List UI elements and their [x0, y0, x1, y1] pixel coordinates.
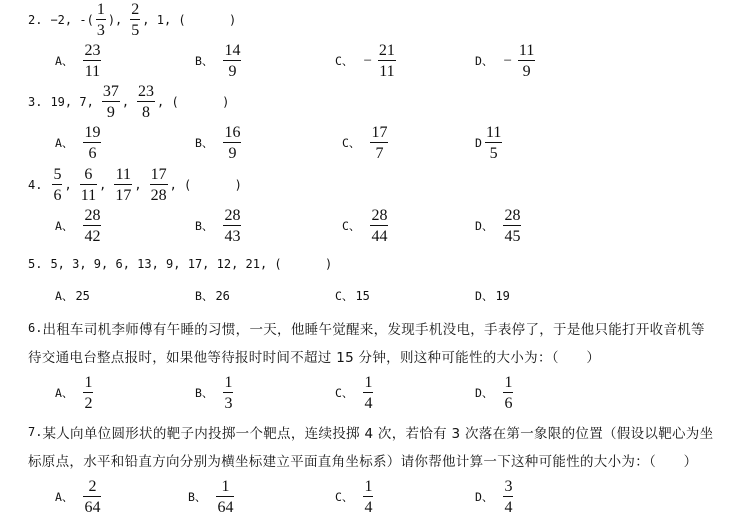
option-label: C、: [335, 489, 353, 505]
stem-text: ),: [108, 13, 122, 27]
option-b[interactable]: B、 2843: [195, 207, 243, 245]
fraction: 34: [503, 478, 513, 516]
option-a[interactable]: A、 12: [55, 373, 95, 413]
denominator: 3: [96, 22, 106, 39]
option-d[interactable]: D、 34: [475, 477, 515, 517]
question-6-line-2: 待交通电台整点报时，如果他等待报时时间不超过 15 分钟，则这种可能性的大小为：…: [28, 346, 600, 366]
option-label: D、: [475, 218, 493, 234]
option-label: A、: [55, 218, 73, 234]
fraction-bar: [223, 392, 233, 393]
option-label: B、: [195, 135, 213, 151]
option-c[interactable]: C、 177: [342, 124, 390, 162]
stem-text: 5, 3, 9, 6, 13, 9, 17, 12, 21, ( ): [50, 257, 332, 271]
option-label: B、: [195, 288, 213, 304]
fraction: 169: [223, 124, 241, 162]
option-label: D、: [475, 288, 493, 304]
option-a[interactable]: A、 2311: [55, 42, 103, 80]
numerator: 23: [83, 42, 101, 59]
numerator: 16: [223, 124, 241, 141]
option-b[interactable]: B、 164: [188, 477, 236, 517]
option-b[interactable]: B、 13: [195, 373, 235, 413]
numerator: 28: [370, 207, 388, 224]
numerator: 1: [96, 1, 106, 18]
question-number: 5.: [28, 257, 42, 271]
fraction-bar: [363, 392, 373, 393]
option-value: 26: [215, 289, 229, 303]
question-number: 7.: [28, 425, 42, 439]
option-value: 19: [495, 289, 509, 303]
option-label: B、: [195, 385, 213, 401]
question-4-stem: 4. 56 , 611 , 1117 , 1728 , ( ): [28, 167, 242, 203]
denominator: 9: [227, 63, 237, 80]
fraction: 12: [83, 374, 93, 412]
fraction-bar: [150, 184, 168, 185]
denominator: 7: [374, 145, 384, 162]
denominator: 11: [84, 63, 101, 80]
numerator: 19: [83, 124, 101, 141]
fraction: 14: [363, 374, 373, 412]
numerator: 17: [150, 166, 168, 183]
numerator: 3: [503, 478, 513, 495]
stem-text: ,: [122, 95, 129, 109]
denominator: 6: [87, 145, 97, 162]
separator: ,: [134, 178, 141, 192]
denominator: 4: [503, 499, 513, 516]
question-7-line-1: 7. 某人向单位圆形状的靶子内投掷一个靶点，连续投掷 4 次，若恰有 3 次落在…: [28, 422, 713, 442]
fraction: 2843: [223, 207, 241, 245]
option-label: B、: [195, 53, 213, 69]
fraction-bar: [216, 496, 234, 497]
denominator: 3: [223, 395, 233, 412]
numerator: 2: [87, 478, 97, 495]
numerator: 21: [378, 42, 396, 59]
fraction: 149: [223, 42, 241, 80]
numerator: 2: [130, 1, 140, 18]
denominator: 5: [130, 22, 140, 39]
option-label: C、: [335, 385, 353, 401]
numerator: 11: [518, 42, 535, 59]
question-number: 2.: [28, 13, 42, 27]
fraction-bar: [83, 225, 101, 226]
numerator: 1: [83, 374, 93, 391]
fraction-bar: [83, 142, 101, 143]
option-d[interactable]: D、 16: [475, 373, 515, 413]
fraction: 379: [102, 83, 120, 121]
option-d[interactable]: D、 19: [475, 287, 510, 305]
fraction-bar: [485, 142, 502, 143]
stem-text: 某人向单位圆形状的靶子内投掷一个靶点，连续投掷 4 次，若恰有 3 次落在第一象…: [42, 422, 713, 442]
fraction-bar: [83, 60, 101, 61]
option-c[interactable]: C、 2844: [342, 207, 390, 245]
option-b[interactable]: B、 149: [195, 42, 243, 80]
denominator: 9: [522, 63, 532, 80]
numerator: 11: [485, 124, 502, 141]
option-c[interactable]: C、 15: [335, 287, 370, 305]
numerator: 23: [137, 83, 155, 100]
option-label: C、: [335, 53, 353, 69]
denominator: 28: [150, 187, 168, 204]
fraction-bar: [137, 101, 155, 102]
numerator: 17: [370, 124, 388, 141]
denominator: 4: [363, 499, 373, 516]
option-label: B、: [188, 489, 206, 505]
denominator: 43: [223, 228, 241, 245]
fraction: 25: [130, 1, 140, 39]
fraction: 2845: [503, 207, 521, 245]
numerator: 1: [363, 374, 373, 391]
fraction: 164: [216, 478, 234, 516]
option-b[interactable]: B、 169: [195, 124, 243, 162]
question-6-line-1: 6. 出租车司机李师傅有午睡的习惯，一天，他睡午觉醒来，发现手机没电，手表停了，…: [28, 318, 705, 338]
minus-sign: −: [503, 53, 511, 70]
option-label: C、: [342, 218, 360, 234]
option-b[interactable]: B、 26: [195, 287, 230, 305]
denominator: 6: [503, 395, 513, 412]
fraction-bar: [80, 184, 97, 185]
fraction-bar: [83, 496, 101, 497]
option-label: A、: [55, 288, 73, 304]
question-7-line-2: 标原点，水平和铅直方向分别为横坐标建立平面直角坐标系）请你帮他计算一下这种可能性…: [28, 450, 697, 470]
stem-text: 19, 7,: [50, 95, 93, 109]
option-label: A、: [55, 135, 73, 151]
numerator: 28: [503, 207, 521, 224]
stem-text: 标原点，水平和铅直方向分别为横坐标建立平面直角坐标系）请你帮他计算一下这种可能性…: [28, 450, 697, 470]
denominator: 6: [52, 187, 62, 204]
question-number: 3.: [28, 95, 42, 109]
stem-text: −2, -(: [50, 13, 93, 27]
denominator: 17: [114, 187, 132, 204]
fraction-bar: [503, 496, 513, 497]
stem-text: , ( ): [170, 178, 242, 192]
fraction-bar: [83, 392, 93, 393]
fraction: 2842: [83, 207, 101, 245]
option-d[interactable]: D 115: [475, 124, 504, 162]
fraction-bar: [223, 142, 241, 143]
option-d[interactable]: D、 2845: [475, 207, 523, 245]
fraction: 2111: [378, 42, 396, 80]
denominator: 4: [363, 395, 373, 412]
denominator: 64: [83, 499, 101, 516]
numerator: 1: [220, 478, 230, 495]
numerator: 11: [115, 166, 132, 183]
question-number: 4.: [28, 178, 42, 192]
fraction: 13: [96, 1, 106, 39]
fraction: 119: [518, 42, 535, 80]
fraction-bar: [102, 101, 120, 102]
fraction: 264: [83, 478, 101, 516]
option-d[interactable]: D、 − 119: [475, 42, 537, 80]
question-3-stem: 3. 19, 7, 379 , 238 , ( ): [28, 84, 229, 120]
option-label: A、: [55, 385, 73, 401]
stem-text: 待交通电台整点报时，如果他等待报时时间不超过 15 分钟，则这种可能性的大小为：…: [28, 346, 600, 366]
option-c[interactable]: C、 − 2111: [335, 42, 398, 80]
fraction-bar: [114, 184, 132, 185]
denominator: 11: [80, 187, 97, 204]
denominator: 11: [378, 63, 395, 80]
denominator: 44: [370, 228, 388, 245]
fraction-bar: [370, 142, 388, 143]
denominator: 64: [216, 499, 234, 516]
denominator: 5: [489, 145, 499, 162]
option-label: A、: [55, 53, 73, 69]
fraction: 16: [503, 374, 513, 412]
question-2-stem: 2. −2, -( 13 ), 25 , 1, ( ): [28, 2, 236, 38]
option-a[interactable]: A、 25: [55, 287, 90, 305]
option-label: D、: [475, 53, 493, 69]
option-label: D、: [475, 385, 493, 401]
denominator: 2: [83, 395, 93, 412]
fraction: 611: [80, 166, 97, 204]
fraction: 1728: [150, 166, 168, 204]
denominator: 9: [227, 145, 237, 162]
fraction: 1117: [114, 166, 132, 204]
question-5-stem: 5. 5, 3, 9, 6, 13, 9, 17, 12, 21, ( ): [28, 255, 332, 273]
numerator: 1: [363, 478, 373, 495]
option-a[interactable]: A、 2842: [55, 207, 103, 245]
option-a[interactable]: A、 264: [55, 477, 103, 517]
fraction: 196: [83, 124, 101, 162]
option-c[interactable]: C、 14: [335, 373, 375, 413]
numerator: 5: [52, 166, 62, 183]
fraction-bar: [503, 392, 513, 393]
fraction-bar: [96, 19, 106, 20]
option-label: C、: [342, 135, 360, 151]
option-value: 15: [355, 289, 369, 303]
denominator: 45: [503, 228, 521, 245]
numerator: 6: [83, 166, 93, 183]
fraction-bar: [52, 184, 62, 185]
fraction: 177: [370, 124, 388, 162]
option-value: 25: [75, 289, 89, 303]
fraction-bar: [363, 496, 373, 497]
option-label: D: [475, 136, 482, 150]
numerator: 28: [223, 207, 241, 224]
denominator: 9: [106, 104, 116, 121]
fraction-bar: [130, 19, 140, 20]
fraction-bar: [370, 225, 388, 226]
numerator: 37: [102, 83, 120, 100]
fraction: 14: [363, 478, 373, 516]
fraction: 13: [223, 374, 233, 412]
option-a[interactable]: A、 196: [55, 124, 103, 162]
fraction: 115: [485, 124, 502, 162]
fraction-bar: [378, 60, 396, 61]
option-label: B、: [195, 218, 213, 234]
fraction-bar: [503, 225, 521, 226]
stem-text: , ( ): [157, 95, 229, 109]
question-number: 6.: [28, 321, 42, 335]
numerator: 28: [83, 207, 101, 224]
minus-sign: −: [363, 53, 371, 70]
numerator: 14: [223, 42, 241, 59]
option-label: D、: [475, 489, 493, 505]
fraction: 2311: [83, 42, 101, 80]
option-label: A、: [55, 489, 73, 505]
fraction-bar: [223, 225, 241, 226]
fraction-bar: [223, 60, 241, 61]
numerator: 1: [503, 374, 513, 391]
stem-text: , 1, ( ): [142, 13, 236, 27]
denominator: 42: [83, 228, 101, 245]
numerator: 1: [223, 374, 233, 391]
option-label: C、: [335, 288, 353, 304]
fraction-bar: [518, 60, 535, 61]
fraction: 2844: [370, 207, 388, 245]
stem-text: 出租车司机李师傅有午睡的习惯，一天，他睡午觉醒来，发现手机没电，手表停了，于是他…: [42, 318, 704, 338]
separator: ,: [99, 178, 106, 192]
option-c[interactable]: C、 14: [335, 477, 375, 517]
fraction: 238: [137, 83, 155, 121]
fraction: 56: [52, 166, 62, 204]
separator: ,: [64, 178, 71, 192]
denominator: 8: [141, 104, 151, 121]
